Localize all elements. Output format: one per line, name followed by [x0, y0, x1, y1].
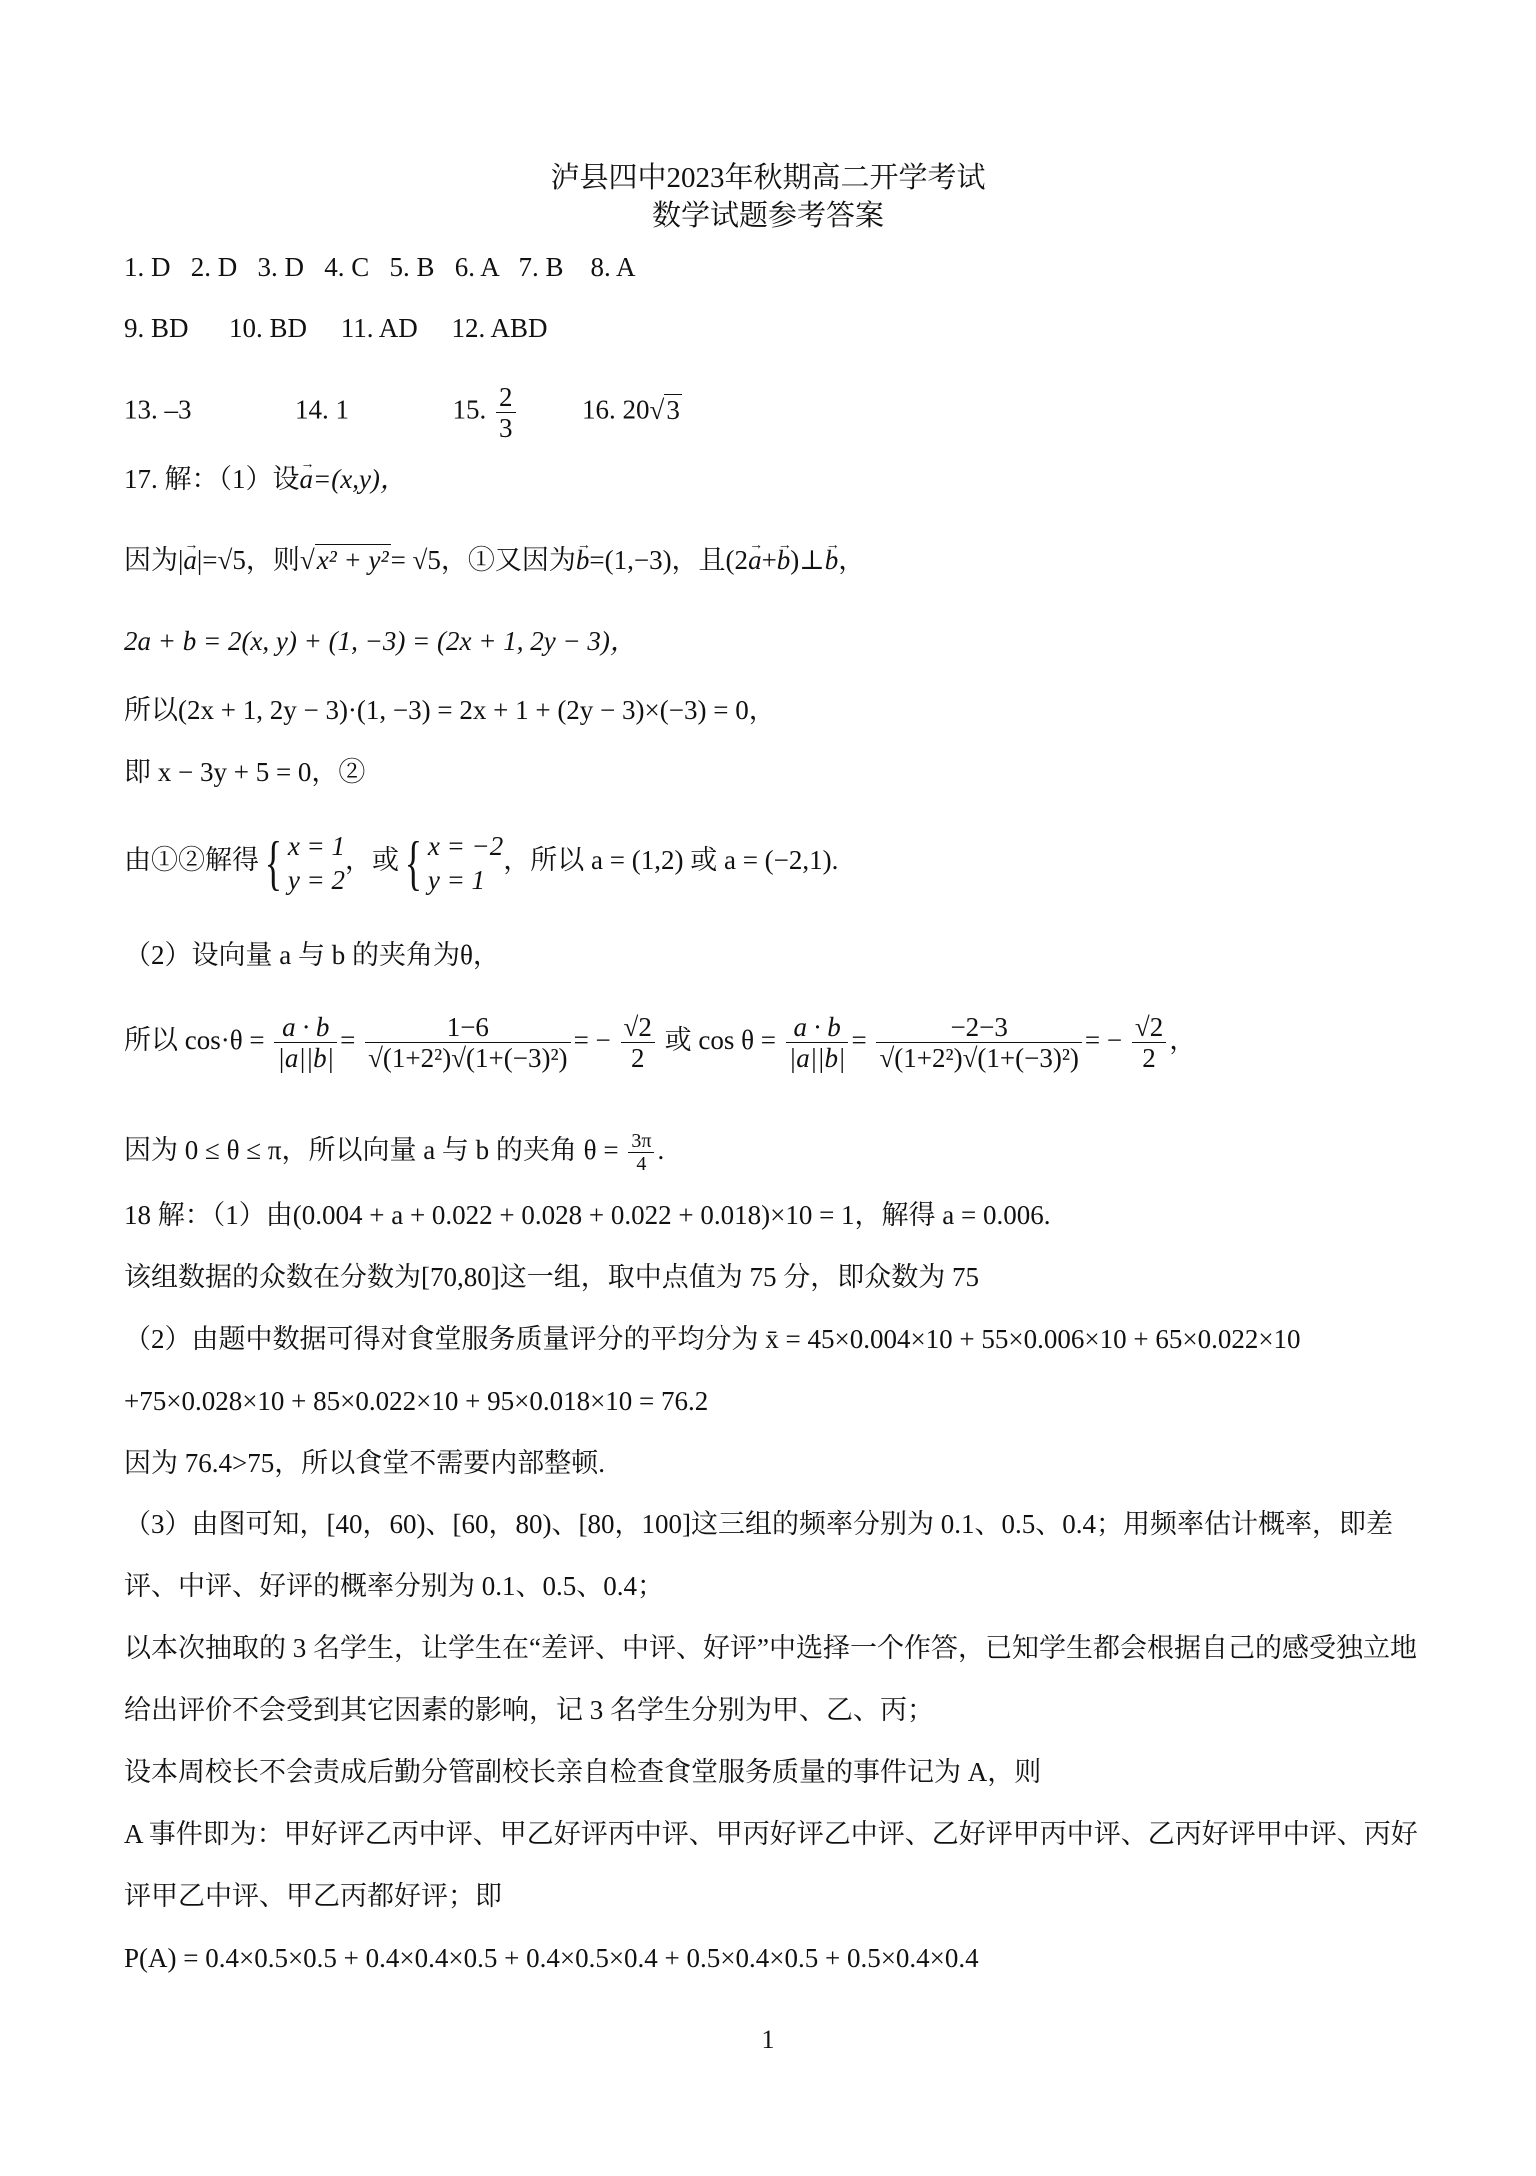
- q18-line-7: 评、中评、好评的概率分别为 0.1、0.5、0.4；: [124, 1569, 664, 1603]
- answer-15-label: 15.: [453, 395, 487, 425]
- q17-line-8: 所以 cos·θ = a · b|a||b|= 1−6√(1+2²)√(1+(−…: [124, 1005, 1196, 1075]
- answer-13: 13. –3: [124, 395, 192, 425]
- answer-15-fraction: 2 3: [496, 382, 516, 443]
- answers-row-1: 1. D 2. D 3. D 4. C 5. B 6. A 7. B 8. A: [124, 250, 636, 284]
- q18-line-13: P(A) = 0.4×0.5×0.5 + 0.4×0.4×0.5 + 0.4×0…: [124, 1941, 979, 1975]
- document-subtitle: 数学试题参考答案: [0, 198, 1536, 234]
- solution-system-1: x = 1y = 2: [288, 829, 345, 897]
- q17-line-3: 2a + b = 2(x, y) + (1, −3) = (2x + 1, 2y…: [124, 624, 637, 658]
- q17-line-4: 所以(2x + 1, 2y − 3)·(1, −3) = 2x + 1 + (2…: [124, 693, 776, 727]
- answers-row-3: 13. –3 14. 1 15. 2 3 16. 20√3: [124, 382, 682, 443]
- document-page: 泸县四中2023年秋期高二开学考试 数学试题参考答案 1. D 2. D 3. …: [0, 0, 1536, 2176]
- q18-line-8: 以本次抽取的 3 名学生，让学生在“差评、中评、好评”中选择一个作答，已知学生都…: [124, 1631, 1417, 1665]
- q17-line-1: 17. 解：（1）设a=(x,y)，: [124, 462, 407, 496]
- q18-line-10: 设本周校长不会责成后勤分管副校长亲自检查食堂服务质量的事件记为 A，则: [124, 1755, 1041, 1789]
- q18-line-1: 18 解：（1）由(0.004 + a + 0.022 + 0.028 + 0.…: [124, 1198, 1051, 1232]
- q18-line-12: 评甲乙中评、甲乙丙都好评；即: [124, 1879, 502, 1913]
- solution-system-2: x = −2y = 1: [428, 829, 503, 897]
- q17-line-6: 由①②解得{x = 1y = 2，或{x = −2y = 1，所以 a = (1…: [124, 820, 838, 900]
- vector-a: a: [300, 462, 314, 496]
- document-title: 泸县四中2023年秋期高二开学考试: [0, 160, 1536, 196]
- q18-line-6: （3）由图可知，[40，60)、[60，80)、[80，100]这三组的频率分别…: [124, 1507, 1393, 1541]
- q18-line-11: A 事件即为：甲好评乙丙中评、甲乙好评丙中评、甲丙好评乙中评、乙好评甲丙中评、乙…: [124, 1817, 1418, 1851]
- q17-line-5: 即 x − 3y + 5 = 0，②: [124, 755, 365, 789]
- q17-line-9: 因为 0 ≤ θ ≤ π，所以向量 a 与 b 的夹角 θ = 3π4.: [124, 1125, 664, 1175]
- answers-row-2: 9. BD 10. BD 11. AD 12. ABD: [124, 311, 548, 345]
- q18-line-9: 给出评价不会受到其它因素的影响，记 3 名学生分别为甲、乙、丙；: [124, 1693, 934, 1727]
- q17-line-2: 因为|a|=√5，则√x² + y²= √5，①又因为b=(1,−3)，且(2a…: [124, 543, 865, 577]
- answer-16-label: 16.: [582, 395, 616, 425]
- answer-16-coef: 20: [623, 395, 650, 425]
- q18-line-4: +75×0.028×10 + 85×0.022×10 + 95×0.018×10…: [124, 1384, 708, 1418]
- page-number: 1: [0, 2025, 1536, 2055]
- q18-line-3: （2）由题中数据可得对食堂服务质量评分的平均分为 x̄ = 45×0.004×1…: [124, 1322, 1301, 1356]
- q18-line-5: 因为 76.4>75，所以食堂不需要内部整顿.: [124, 1446, 605, 1480]
- answer-16-sqrt: √3: [650, 393, 682, 427]
- q18-line-2: 该组数据的众数在分数为[70,80]这一组，取中点值为 75 分，即众数为 75: [124, 1260, 979, 1294]
- q17-line-7: （2）设向量 a 与 b 的夹角为θ，: [124, 938, 500, 972]
- answer-14: 14. 1: [295, 395, 349, 425]
